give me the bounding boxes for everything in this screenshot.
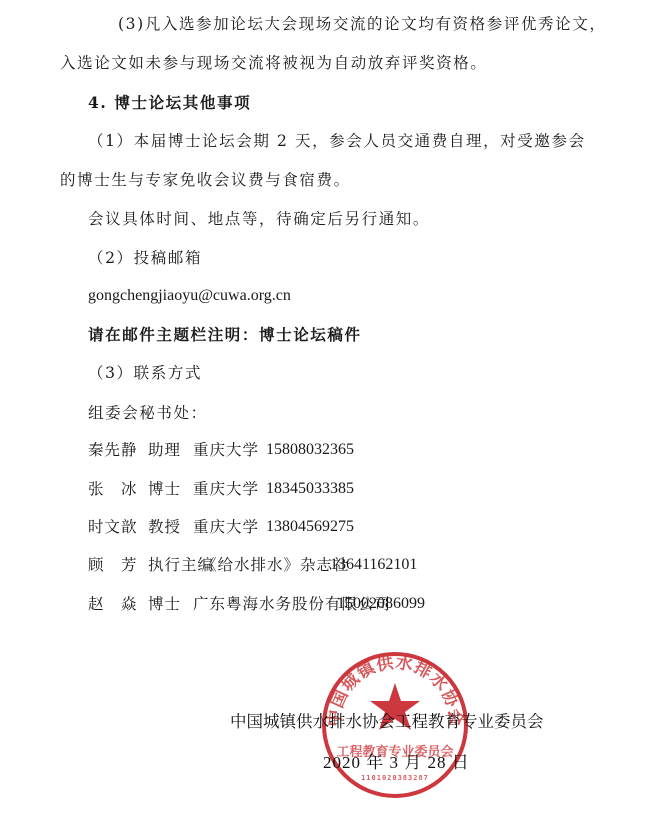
paragraph-3-line-1: (3)凡入选参加论坛大会现场交流的论文均有资格参评优秀论文， [118,14,606,34]
contact-name: 秦先静 [88,439,138,461]
contact-org: 重庆大学 [193,516,259,538]
meeting-note: 会议具体时间、地点等，待确定后另行通知。 [88,209,430,229]
contact-name: 顾 芳 [88,554,138,576]
contact-phone: 13804569275 [266,516,354,538]
contact-title: 教授 [148,516,181,538]
contact-name: 张 冰 [88,478,138,500]
item-3-heading: （3）联系方式 [88,363,202,383]
email-subject-note: 请在邮件主题栏注明：博士论坛稿件 [88,325,362,345]
contact-phone: 15002086099 [337,593,425,615]
contact-phone: 13641162101 [330,554,417,576]
contact-title: 博士 [148,593,181,615]
issuing-organization: 中国城镇供水排水协会工程教育专业委员会 [230,708,544,732]
secretariat-label: 组委会秘书处： [88,403,208,423]
contact-phone: 15808032365 [266,439,354,461]
contact-org: 重庆大学 [193,478,259,500]
contact-org: 《给水排水》杂志社 [201,554,350,576]
contact-name: 赵 焱 [88,593,138,615]
contact-org: 重庆大学 [193,439,259,461]
contact-title: 博士 [148,478,181,500]
contact-name: 时文歆 [88,516,138,538]
contact-title: 助理 [148,439,181,461]
submission-email[interactable]: gongchengjiaoyu@cuwa.org.cn [88,286,291,306]
item-2-heading: （2）投稿邮箱 [88,248,202,268]
paragraph-3-line-2: 入选论文如未参与现场交流将被视为自动放弃评奖资格。 [60,53,488,73]
section-4-heading: 4. 博士论坛其他事项 [88,93,251,113]
svg-text:1101020383287: 1101020383287 [361,774,429,782]
item-1-line-1: （1）本届博士论坛会期 2 天，参会人员交通费自理，对受邀参会 [88,131,586,151]
issue-date: 2020 年 3 月 28 日 [323,748,470,773]
contact-phone: 18345033385 [266,478,354,500]
item-1-line-2: 的博士生与专家免收会议费与食宿费。 [60,170,351,190]
